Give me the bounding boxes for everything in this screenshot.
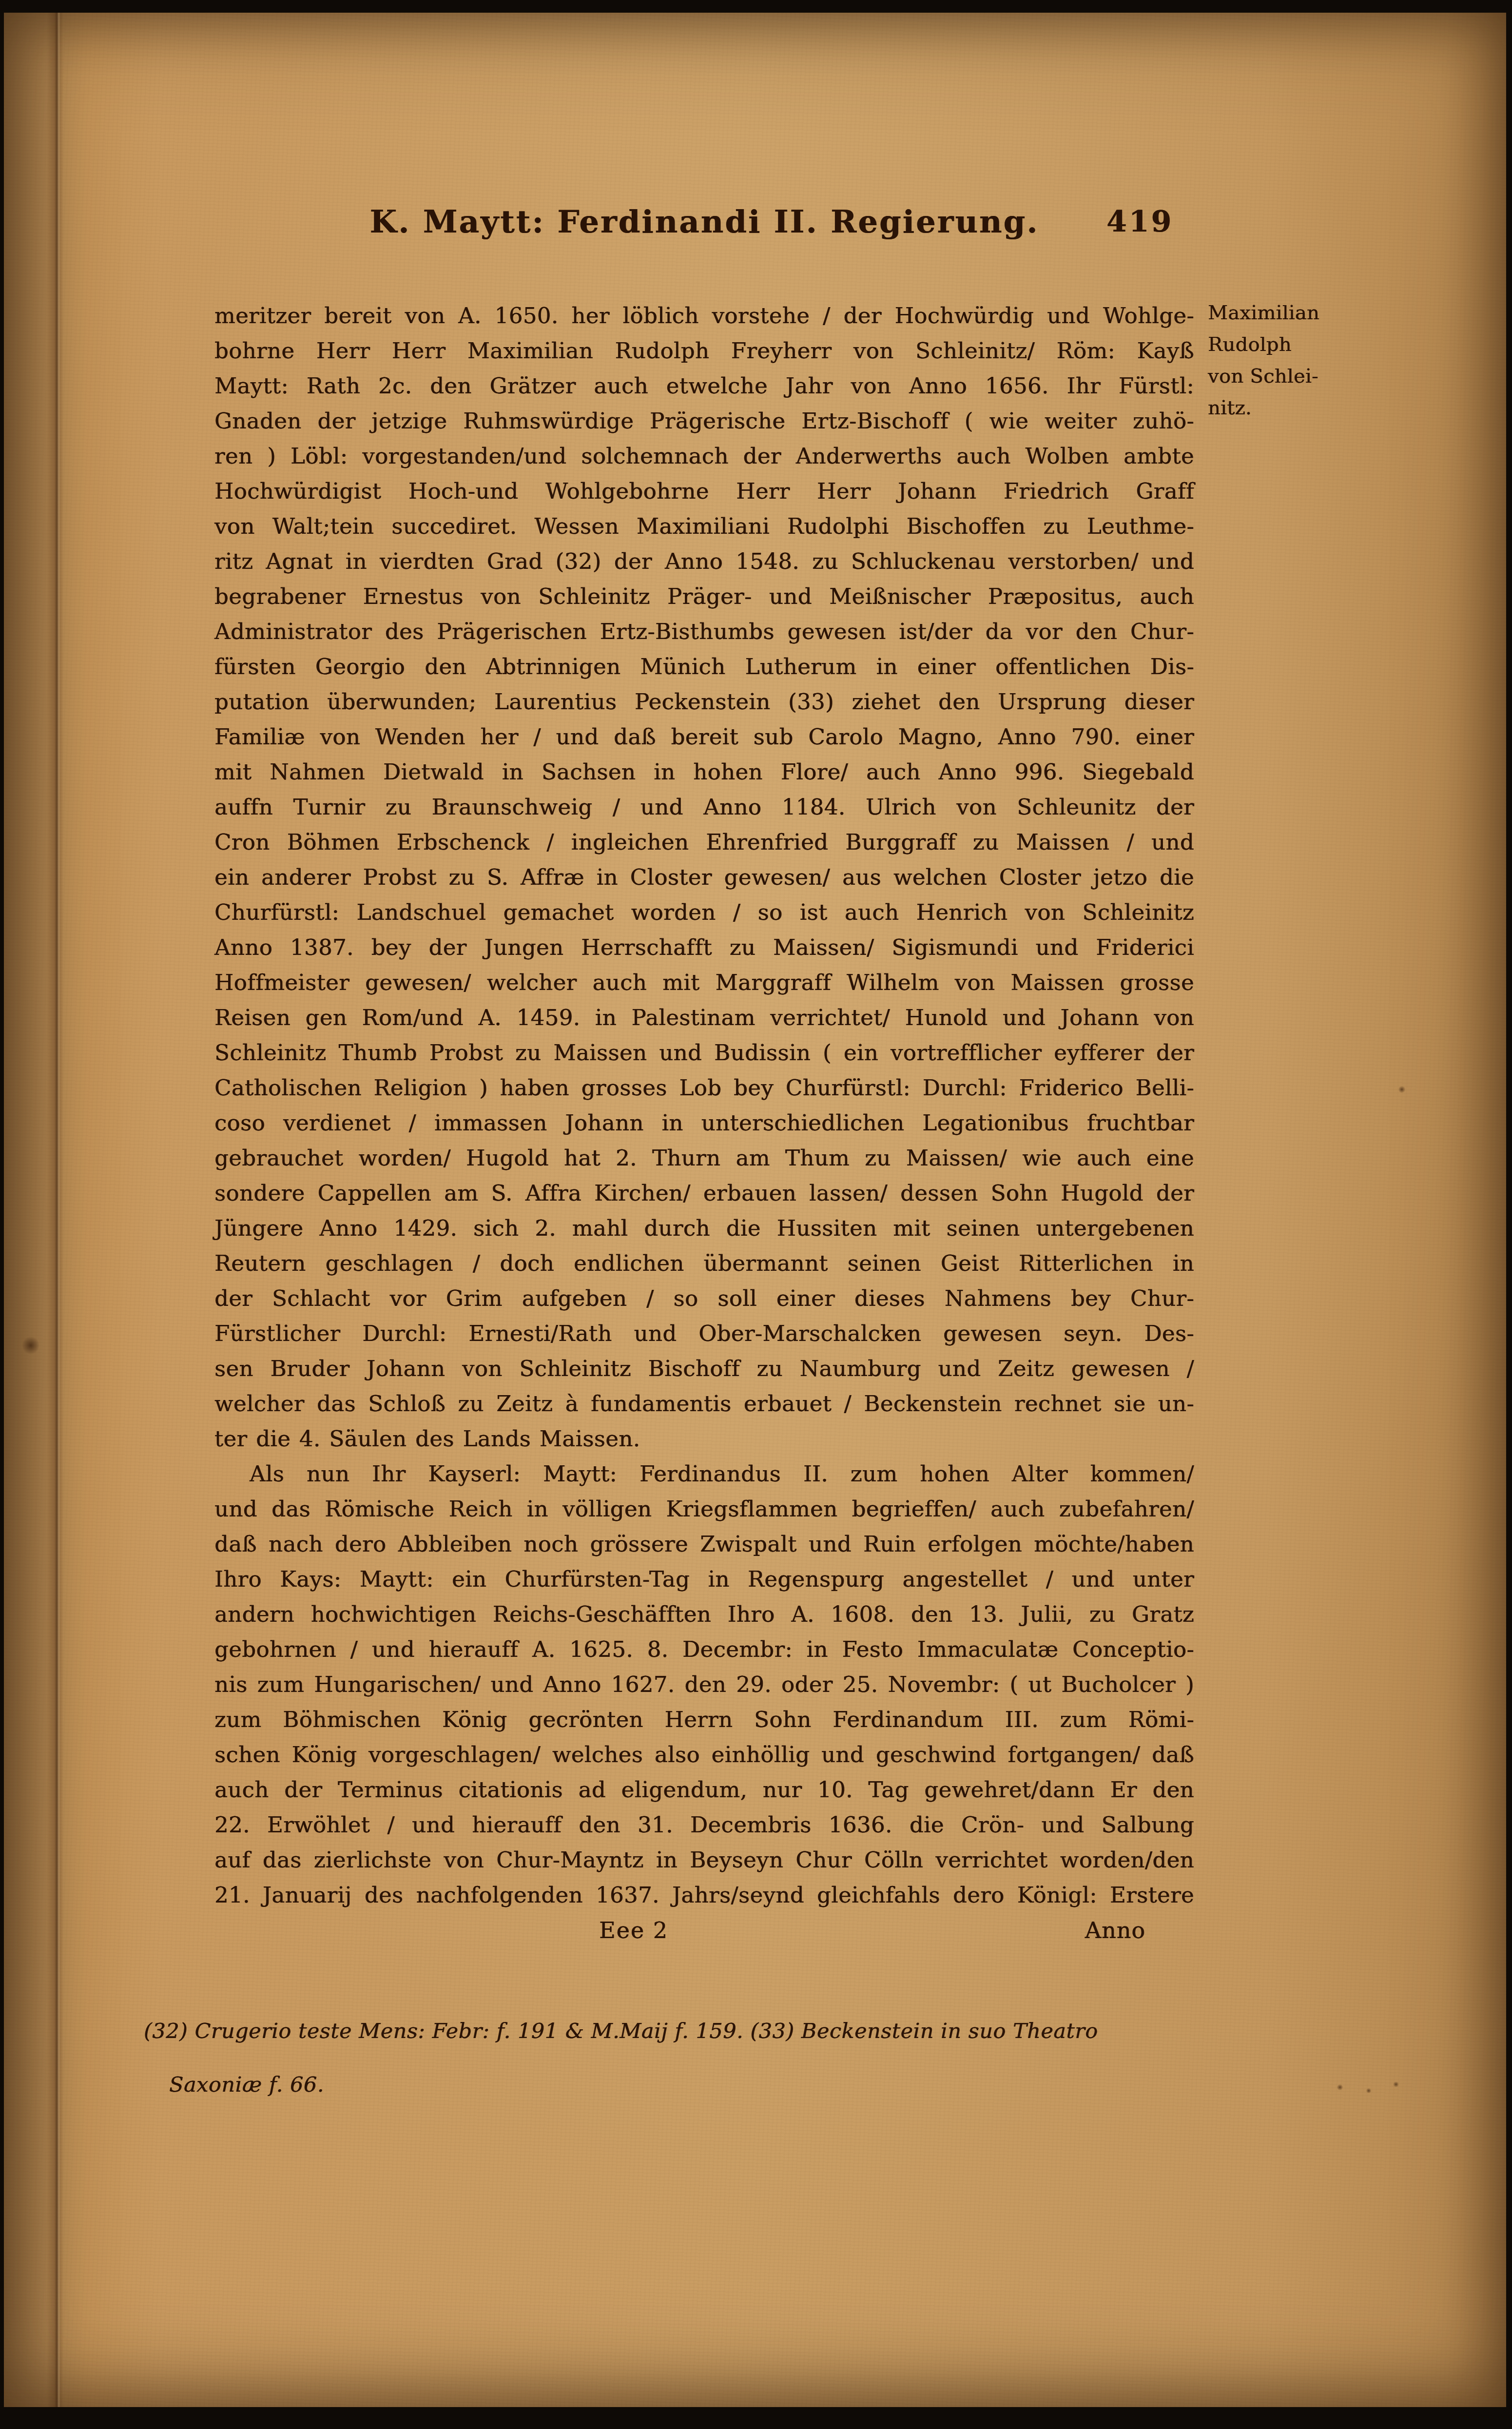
footnote-line-1: (32) Crugerio teste Mens: Febr: f. 191 &…	[144, 2004, 1167, 2058]
binding-crease	[55, 13, 60, 2407]
footnote-line-2: Saxoniæ f. 66.	[169, 2058, 1167, 2112]
paragraph-1: meritzer bereit von A. 1650. her löblich…	[214, 298, 1194, 1421]
ink-speck	[1337, 2084, 1343, 2090]
paragraph-2: Als nun Ihr Kayserl: Maytt: Ferdinandus …	[214, 1457, 1194, 1913]
running-header: K. Maytt: Ferdinandi II. Regierung. 419	[214, 204, 1194, 245]
margin-note: Maximilian Rudolph von Schlei- nitz.	[1208, 297, 1369, 424]
body-text: meritzer bereit von A. 1650. her löblich…	[214, 298, 1194, 1913]
footnote: (32) Crugerio teste Mens: Febr: f. 191 &…	[144, 2004, 1167, 2112]
paragraph-1-last-line: ter die 4. Säulen des Lands Maissen.	[214, 1421, 1194, 1457]
signature-line: Eee 2 Anno	[214, 1917, 1194, 1953]
ink-speck	[1366, 2088, 1372, 2093]
page-number: 419	[1106, 205, 1173, 239]
signature-mark: Eee 2	[599, 1917, 668, 1943]
ink-speck	[22, 1336, 39, 1355]
catchword: Anno	[1085, 1917, 1145, 1943]
ink-speck	[1398, 1086, 1406, 1093]
ink-speck	[1393, 2081, 1399, 2087]
page-title: K. Maytt: Ferdinandi II. Regierung.	[214, 204, 1194, 240]
scanned-book-page: K. Maytt: Ferdinandi II. Regierung. 419 …	[0, 0, 1512, 2429]
